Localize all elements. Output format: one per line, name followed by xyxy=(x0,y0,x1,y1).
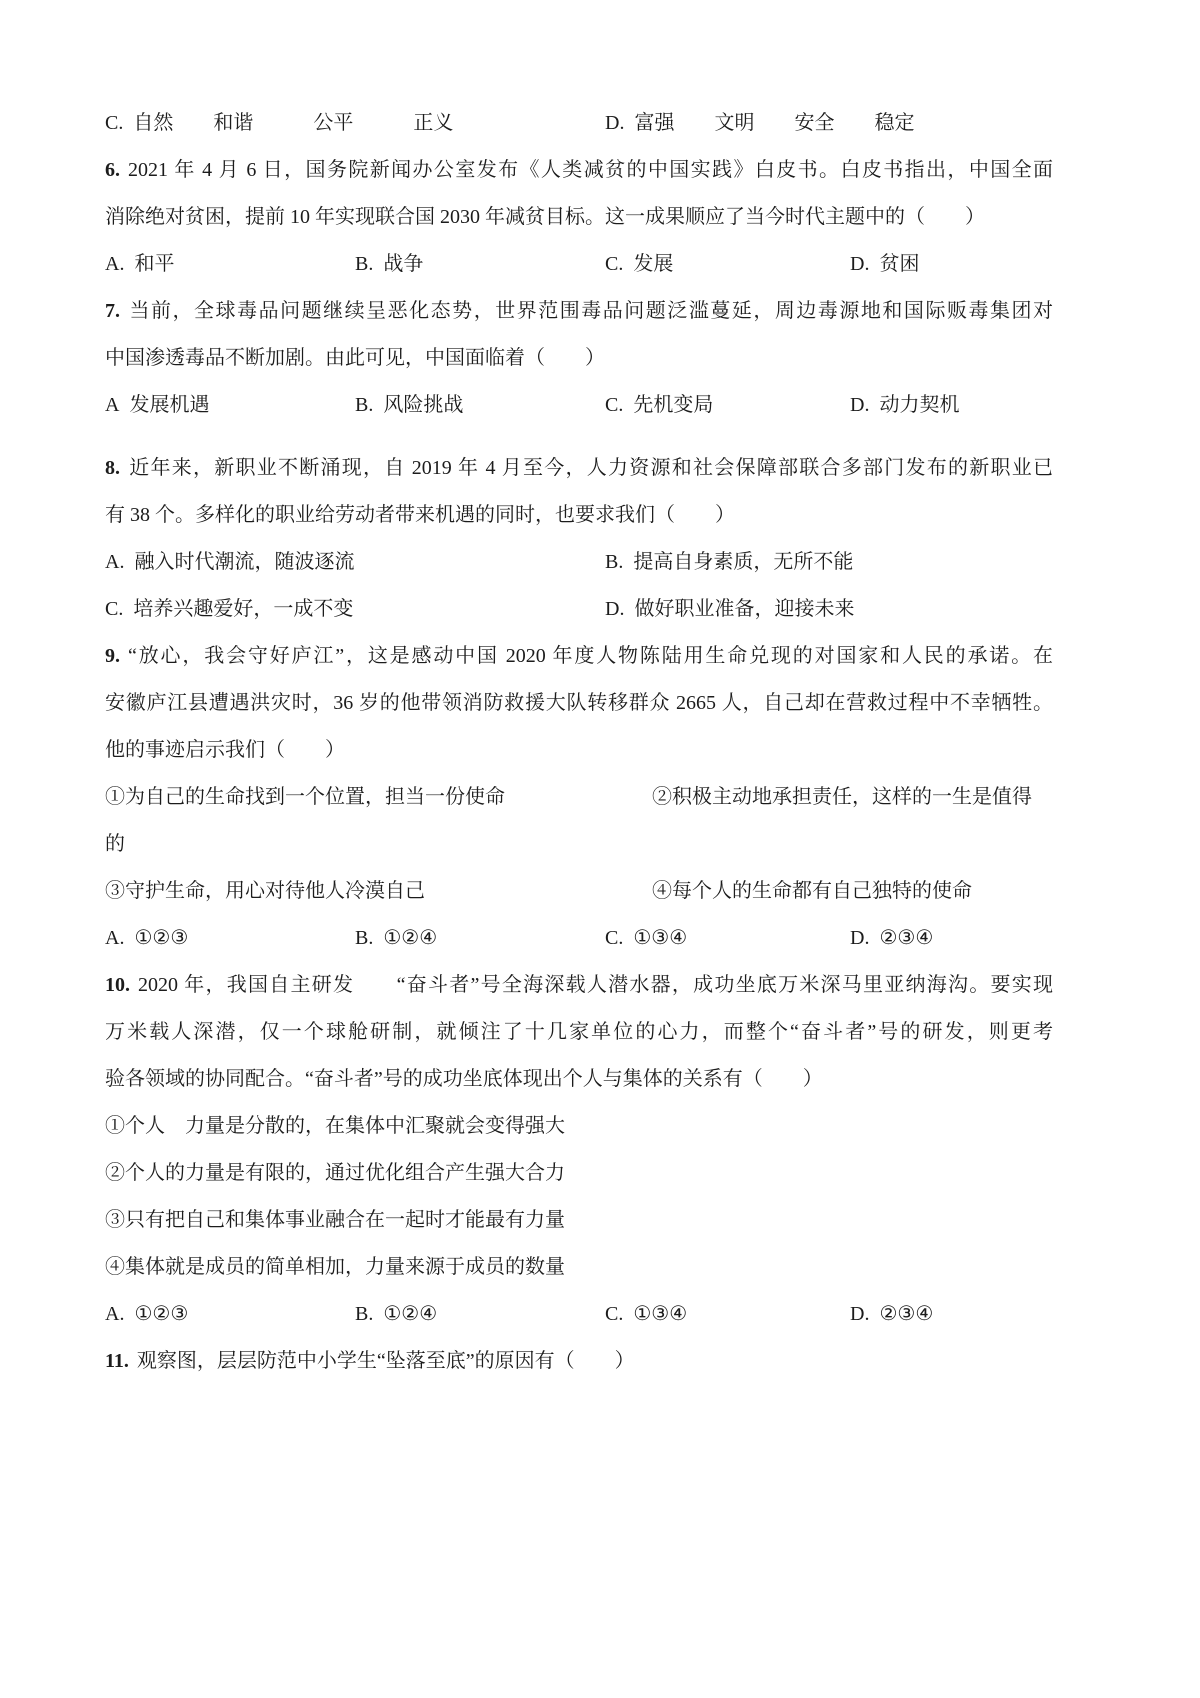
question-9-item-4: ④每个人的生命都有自己独特的使命 xyxy=(652,868,972,915)
question-9-options-row: A.①②③ B.①②④ C.①③④ D.②③④ xyxy=(105,915,1053,962)
question-10-option-d: D.②③④ xyxy=(850,1291,933,1338)
question-8-options-row-2: C.培养兴趣爱好，一成不变 D.做好职业准备，迎接未来 xyxy=(105,586,1053,633)
option-label: D. xyxy=(605,112,624,134)
question-10-item-2: ②个人的力量是有限的，通过优化组合产生强大合力 xyxy=(105,1150,1053,1197)
question-9-item-2-overflow: 的 xyxy=(105,821,1053,868)
question-9-option-b: B.①②④ xyxy=(355,915,437,962)
option-text: 贫困 xyxy=(879,253,919,275)
question-8-option-d: D.做好职业准备，迎接未来 xyxy=(605,586,854,633)
option-text: 融入时代潮流，随波逐流 xyxy=(134,551,354,573)
option-text: 提高自身素质，无所不能 xyxy=(633,551,853,573)
option-text: ②③④ xyxy=(879,927,933,949)
question-text: 中国渗透毒品不断加剧。由此可见，中国面临着（ ） xyxy=(105,347,605,369)
option-text: 先机变局 xyxy=(633,394,713,416)
option-label: A. xyxy=(105,1303,124,1325)
question-5-option-d: D.富强 文明 安全 稳定 xyxy=(605,100,914,147)
question-9-option-c: C.①③④ xyxy=(605,915,687,962)
question-8-options-row-1: A.融入时代潮流，随波逐流 B.提高自身素质，无所不能 xyxy=(105,539,1053,586)
option-label: B. xyxy=(605,551,623,573)
question-text: 验各领域的协同配合。“奋斗者”号的成功坐底体现出个人与集体的关系有（ ） xyxy=(105,1068,823,1090)
option-text: 自然 和谐 公平 正义 xyxy=(133,112,453,134)
question-10-option-c: C.①③④ xyxy=(605,1291,687,1338)
option-label: C. xyxy=(605,927,623,949)
question-10-item-4: ④集体就是成员的简单相加，力量来源于成员的数量 xyxy=(105,1244,1053,1291)
question-6-line-1: 6.2021 年 4 月 6 日，国务院新闻办公室发布《人类减贫的中国实践》白皮… xyxy=(105,147,1053,194)
question-6-options-row: A.和平 B.战争 C.发展 D.贫困 xyxy=(105,241,1053,288)
question-8-option-c: C.培养兴趣爱好，一成不变 xyxy=(105,586,353,633)
question-6-option-a: A.和平 xyxy=(105,241,174,288)
option-label: C. xyxy=(605,394,623,416)
question-8-line-1: 8.近年来，新职业不断涌现，自 2019 年 4 月至今，人力资源和社会保障部联… xyxy=(105,445,1053,492)
question-9-option-d: D.②③④ xyxy=(850,915,933,962)
question-text: 万米载人深潜，仅一个球舱研制，就倾注了十几家单位的心力，而整个“奋斗者”号的研发… xyxy=(105,1021,1053,1043)
option-text: 做好职业准备，迎接未来 xyxy=(634,598,854,620)
question-text: ①个人 力量是分散的，在集体中汇聚就会变得强大 xyxy=(105,1115,565,1137)
option-text: 战争 xyxy=(383,253,423,275)
question-text: “放心，我会守好庐江”，这是感动中国 2020 年度人物陈陆用生命兑现的对国家和… xyxy=(128,645,1053,667)
option-label: A. xyxy=(105,253,124,275)
option-text: 培养兴趣爱好，一成不变 xyxy=(133,598,353,620)
option-label: D. xyxy=(850,253,869,275)
exam-page: C.自然 和谐 公平 正义 D.富强 文明 安全 稳定 6.2021 年 4 月… xyxy=(0,0,1200,1698)
question-9-option-a: A.①②③ xyxy=(105,915,188,962)
question-text: ②个人的力量是有限的，通过优化组合产生强大合力 xyxy=(105,1162,565,1184)
question-text: 他的事迹启示我们（ ） xyxy=(105,739,345,761)
question-text: 消除绝对贫困，提前 10 年实现联合国 2030 年减贫目标。这一成果顺应了当今… xyxy=(105,206,985,228)
option-label: C. xyxy=(605,1303,623,1325)
option-text: ①③④ xyxy=(633,927,687,949)
option-label: B. xyxy=(355,927,373,949)
question-8-option-a: A.融入时代潮流，随波逐流 xyxy=(105,539,354,586)
question-10-option-b: B.①②④ xyxy=(355,1291,437,1338)
question-7-line-1: 7.当前，全球毒品问题继续呈恶化态势，世界范围毒品问题泛滥蔓延，周边毒源地和国际… xyxy=(105,288,1053,335)
option-label: C. xyxy=(105,598,123,620)
question-text: ④集体就是成员的简单相加，力量来源于成员的数量 xyxy=(105,1256,565,1278)
question-number: 10. xyxy=(105,974,130,996)
option-label: A. xyxy=(105,551,124,573)
option-label: B. xyxy=(355,253,373,275)
option-label: D. xyxy=(605,598,624,620)
option-text: 和平 xyxy=(134,253,174,275)
option-text: 发展 xyxy=(633,253,673,275)
question-9-item-3: ③守护生命，用心对待他人冷漠自己 xyxy=(105,868,425,915)
question-number: 6. xyxy=(105,159,120,181)
option-label: C. xyxy=(605,253,623,275)
question-9-line-1: 9.“放心，我会守好庐江”，这是感动中国 2020 年度人物陈陆用生命兑现的对国… xyxy=(105,633,1053,680)
question-text: 近年来，新职业不断涌现，自 2019 年 4 月至今，人力资源和社会保障部联合多… xyxy=(128,457,1053,479)
question-10-item-1: ①个人 力量是分散的，在集体中汇聚就会变得强大 xyxy=(105,1103,1053,1150)
option-label: A. xyxy=(105,927,124,949)
option-label: B. xyxy=(355,394,373,416)
option-label: D. xyxy=(850,927,869,949)
question-7-option-b: B.风险挑战 xyxy=(355,382,463,429)
question-number: 8. xyxy=(105,457,120,479)
question-6-option-d: D.贫困 xyxy=(850,241,919,288)
question-6-option-c: C.发展 xyxy=(605,241,673,288)
option-text: ①②③ xyxy=(134,927,188,949)
question-text: 有 38 个。多样化的职业给劳动者带来机遇的同时，也要求我们（ ） xyxy=(105,504,735,526)
exam-content-column: C.自然 和谐 公平 正义 D.富强 文明 安全 稳定 6.2021 年 4 月… xyxy=(0,0,1200,1385)
question-11-line-1: 11.观察图，层层防范中小学生“坠落至底”的原因有（ ） xyxy=(105,1338,1053,1385)
question-6-option-b: B.战争 xyxy=(355,241,423,288)
question-7-line-2: 中国渗透毒品不断加剧。由此可见，中国面临着（ ） xyxy=(105,335,1053,382)
question-10-line-1: 10.2020 年，我国自主研发 “奋斗者”号全海深载人潜水器，成功坐底万米深马… xyxy=(105,962,1053,1009)
question-number: 11. xyxy=(105,1350,129,1372)
option-label: C. xyxy=(105,112,123,134)
question-7-option-d: D.动力契机 xyxy=(850,382,959,429)
option-text: 动力契机 xyxy=(879,394,959,416)
question-5-option-c: C.自然 和谐 公平 正义 xyxy=(105,100,453,147)
question-number: 9. xyxy=(105,645,120,667)
question-10-line-2: 万米载人深潜，仅一个球舱研制，就倾注了十几家单位的心力，而整个“奋斗者”号的研发… xyxy=(105,1009,1053,1056)
question-text: ③只有把自己和集体事业融合在一起时才能最有力量 xyxy=(105,1209,565,1231)
option-text: ①②③ xyxy=(134,1303,188,1325)
question-9-item-2: ②积极主动地承担责任，这样的一生是值得 xyxy=(652,774,1032,821)
option-label: A xyxy=(105,394,119,416)
question-7-option-a: A发展机遇 xyxy=(105,382,209,429)
question-7-option-c: C.先机变局 xyxy=(605,382,713,429)
question-6-line-2: 消除绝对贫困，提前 10 年实现联合国 2030 年减贫目标。这一成果顺应了当今… xyxy=(105,194,1053,241)
question-10-options-row: A.①②③ B.①②④ C.①③④ D.②③④ xyxy=(105,1291,1053,1338)
option-label: D. xyxy=(850,1303,869,1325)
question-10-line-3: 验各领域的协同配合。“奋斗者”号的成功坐底体现出个人与集体的关系有（ ） xyxy=(105,1056,1053,1103)
question-8-line-2: 有 38 个。多样化的职业给劳动者带来机遇的同时，也要求我们（ ） xyxy=(105,492,1053,539)
option-text: ①②④ xyxy=(383,1303,437,1325)
question-text: 观察图，层层防范中小学生“坠落至底”的原因有（ ） xyxy=(137,1350,635,1372)
option-label: D. xyxy=(850,394,869,416)
question-7-options-row: A发展机遇 B.风险挑战 C.先机变局 D.动力契机 xyxy=(105,382,1053,429)
question-9-line-3: 他的事迹启示我们（ ） xyxy=(105,727,1053,774)
question-5-options-row: C.自然 和谐 公平 正义 D.富强 文明 安全 稳定 xyxy=(105,100,1053,147)
option-text: 风险挑战 xyxy=(383,394,463,416)
question-text: 安徽庐江县遭遇洪灾时，36 岁的他带领消防救援大队转移群众 2665 人，自己却… xyxy=(105,692,1053,714)
question-text: 2020 年，我国自主研发 “奋斗者”号全海深载人潜水器，成功坐底万米深马里亚纳… xyxy=(138,974,1053,996)
question-10-option-a: A.①②③ xyxy=(105,1291,188,1338)
question-8-option-b: B.提高自身素质，无所不能 xyxy=(605,539,853,586)
question-9-items-row-2: ③守护生命，用心对待他人冷漠自己 ④每个人的生命都有自己独特的使命 xyxy=(105,868,1053,915)
question-text: 2021 年 4 月 6 日，国务院新闻办公室发布《人类减贫的中国实践》白皮书。… xyxy=(128,159,1053,181)
question-text: 当前，全球毒品问题继续呈恶化态势，世界范围毒品问题泛滥蔓延，周边毒源地和国际贩毒… xyxy=(128,300,1053,322)
question-9-item-1: ①为自己的生命找到一个位置，担当一份使命 xyxy=(105,774,505,821)
option-label: B. xyxy=(355,1303,373,1325)
option-text: ①②④ xyxy=(383,927,437,949)
question-9-line-2: 安徽庐江县遭遇洪灾时，36 岁的他带领消防救援大队转移群众 2665 人，自己却… xyxy=(105,680,1053,727)
option-text: 发展机遇 xyxy=(129,394,209,416)
question-9-items-row-1: ①为自己的生命找到一个位置，担当一份使命 ②积极主动地承担责任，这样的一生是值得 xyxy=(105,774,1053,821)
question-text: 的 xyxy=(105,833,125,855)
option-text: 富强 文明 安全 稳定 xyxy=(634,112,914,134)
question-number: 7. xyxy=(105,300,120,322)
option-text: ①③④ xyxy=(633,1303,687,1325)
question-10-item-3: ③只有把自己和集体事业融合在一起时才能最有力量 xyxy=(105,1197,1053,1244)
option-text: ②③④ xyxy=(879,1303,933,1325)
